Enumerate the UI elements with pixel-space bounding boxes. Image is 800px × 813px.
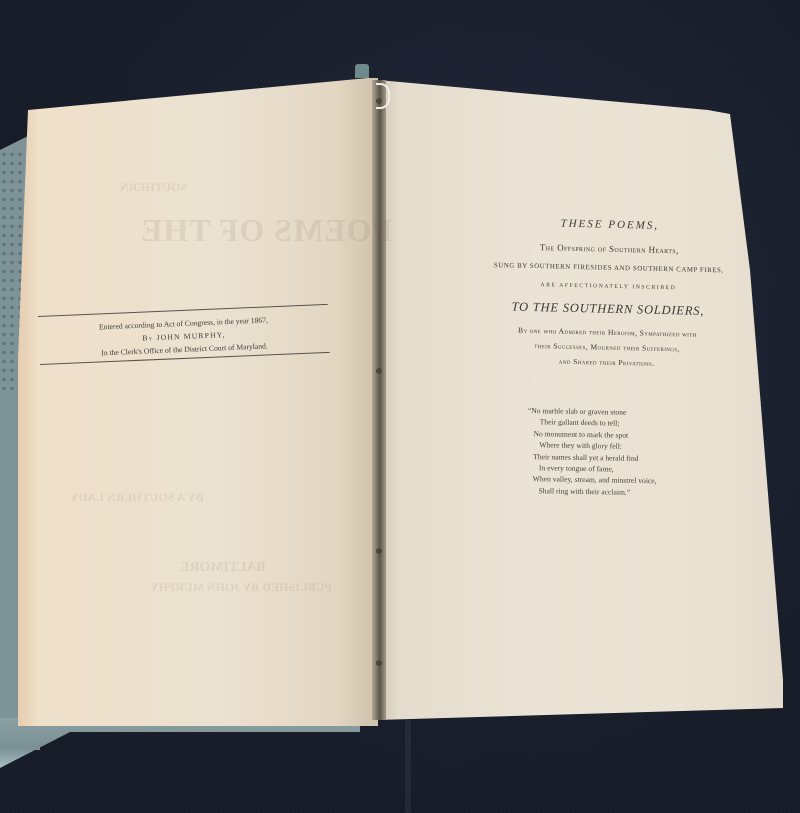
show-through-text: BALTIMORE: [180, 560, 266, 576]
stitch-hole: [376, 660, 382, 666]
binding-thread: [376, 83, 390, 109]
dedication: THESE POEMS, The Offspring of Southern H…: [442, 215, 775, 376]
show-through-text: SOUTHERN: [120, 180, 187, 195]
dedication-line: and Shared their Privations.: [442, 354, 772, 370]
right-page: [378, 80, 783, 720]
headband: [355, 64, 369, 78]
cloth-fold: [405, 720, 411, 813]
epigraph-poem: “No marble slab or graven stone Their ga…: [526, 405, 728, 500]
stitch-hole: [376, 98, 382, 104]
dedication-heading: TO THE SOUTHERN SOLDIERS,: [443, 298, 773, 320]
show-through-text: PUBLISHED BY JOHN MURPHY: [150, 580, 332, 595]
left-page: [18, 78, 378, 726]
stitch-hole: [376, 368, 382, 374]
dedication-line: Sung by Southern Firesides and Southern …: [444, 261, 774, 275]
dedication-line: their Successes, Mourned their Suffering…: [442, 339, 772, 355]
stitch-hole: [376, 548, 382, 554]
copyright-notice: Entered according to Act of Congress, in…: [38, 304, 331, 390]
show-through-text: BY A SOUTHERN LADY: [70, 490, 204, 505]
dedication-line: The Offspring of Southern Hearts,: [444, 240, 774, 257]
book-gutter: [372, 80, 386, 720]
show-through-title: POEMS OF THE: [140, 212, 392, 249]
dedication-line: By one who Admired their Heroism, Sympat…: [442, 324, 772, 340]
dedication-line: are affectionately inscribed: [443, 280, 773, 293]
